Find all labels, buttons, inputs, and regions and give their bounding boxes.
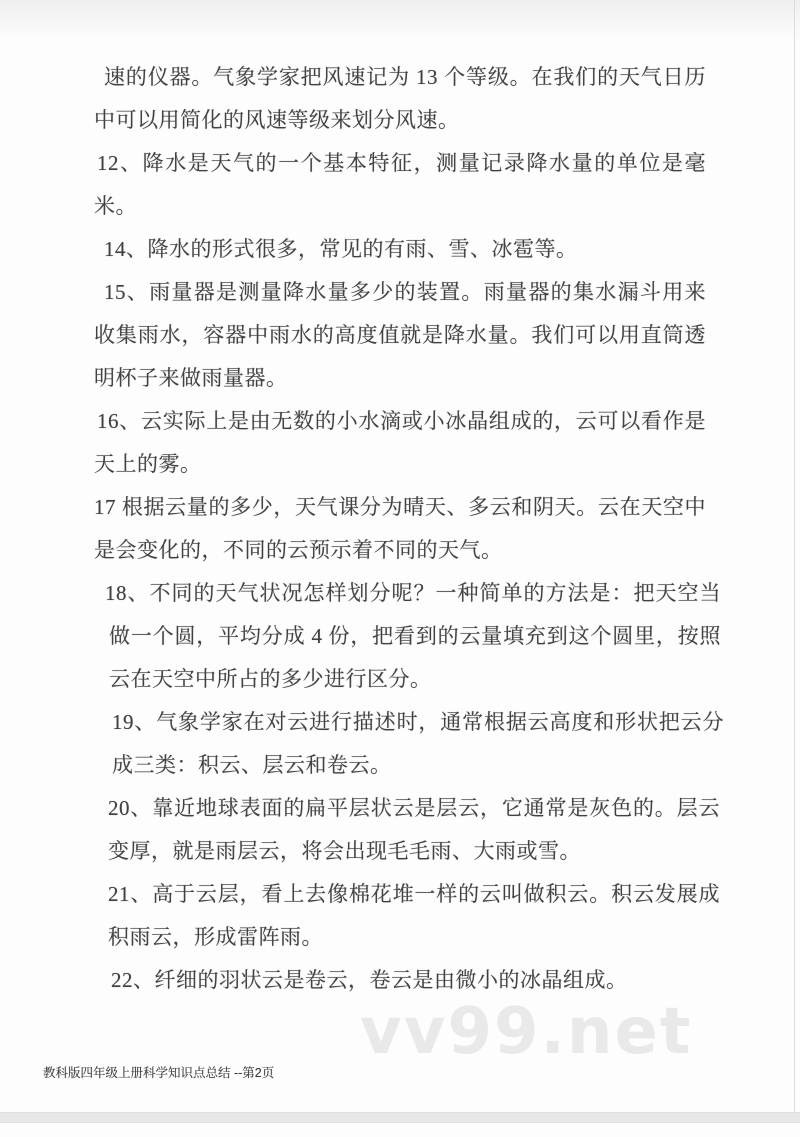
page-content: 速的仪器。气象学家把风速记为 13 个等级。在我们的天气日历中可以用简化的风速等… [0, 56, 800, 1002]
paragraph-item-14: 14、降水的形式很多，常见的有雨、雪、冰雹等。 [94, 228, 706, 271]
paragraph-item-19: 19、气象学家在对云进行描述时，通常根据云高度和形状把云分成三类：积云、层云和卷… [94, 701, 724, 787]
page-right-edge [794, 0, 795, 1112]
paragraph-item-17: 17 根据云量的多少，天气课分为晴天、多云和阴天。云在天空中是会变化的，不同的云… [94, 486, 706, 572]
paragraph-item-15: 15、雨量器是测量降水量多少的装置。雨量器的集水漏斗用来收集雨水，容器中雨水的高… [94, 271, 706, 400]
paragraph-continuation: 速的仪器。气象学家把风速记为 13 个等级。在我们的天气日历中可以用简化的风速等… [94, 56, 706, 142]
paragraph-item-12: 12、降水是天气的一个基本特征，测量记录降水量的单位是毫米。 [94, 142, 706, 228]
page-footer: 教科版四年级上册科学知识点总结 --第2页 [43, 1063, 274, 1081]
watermark: vv99.net [360, 995, 692, 1069]
paragraph-item-20: 20、靠近地球表面的扁平层状云是层云，它通常是灰色的。层云变厚，就是雨层云，将会… [94, 787, 720, 873]
page-top-shadow [0, 0, 800, 42]
paragraph-item-21: 21、高于云层，看上去像棉花堆一样的云叫做积云。积云发展成积雨云，形成雷阵雨。 [94, 873, 720, 959]
page-gap-divider [0, 1112, 800, 1123]
paragraph-item-16: 16、云实际上是由无数的小水滴或小冰晶组成的，云可以看作是天上的雾。 [94, 400, 706, 486]
paragraph-item-18: 18、不同的天气状况怎样划分呢？一种简单的方法是：把天空当做一个圆，平均分成 4… [94, 572, 721, 701]
paragraph-item-22: 22、纤细的羽状云是卷云，卷云是由微小的冰晶组成。 [94, 959, 723, 1002]
document-page: 速的仪器。气象学家把风速记为 13 个等级。在我们的天气日历中可以用简化的风速等… [0, 0, 800, 1137]
